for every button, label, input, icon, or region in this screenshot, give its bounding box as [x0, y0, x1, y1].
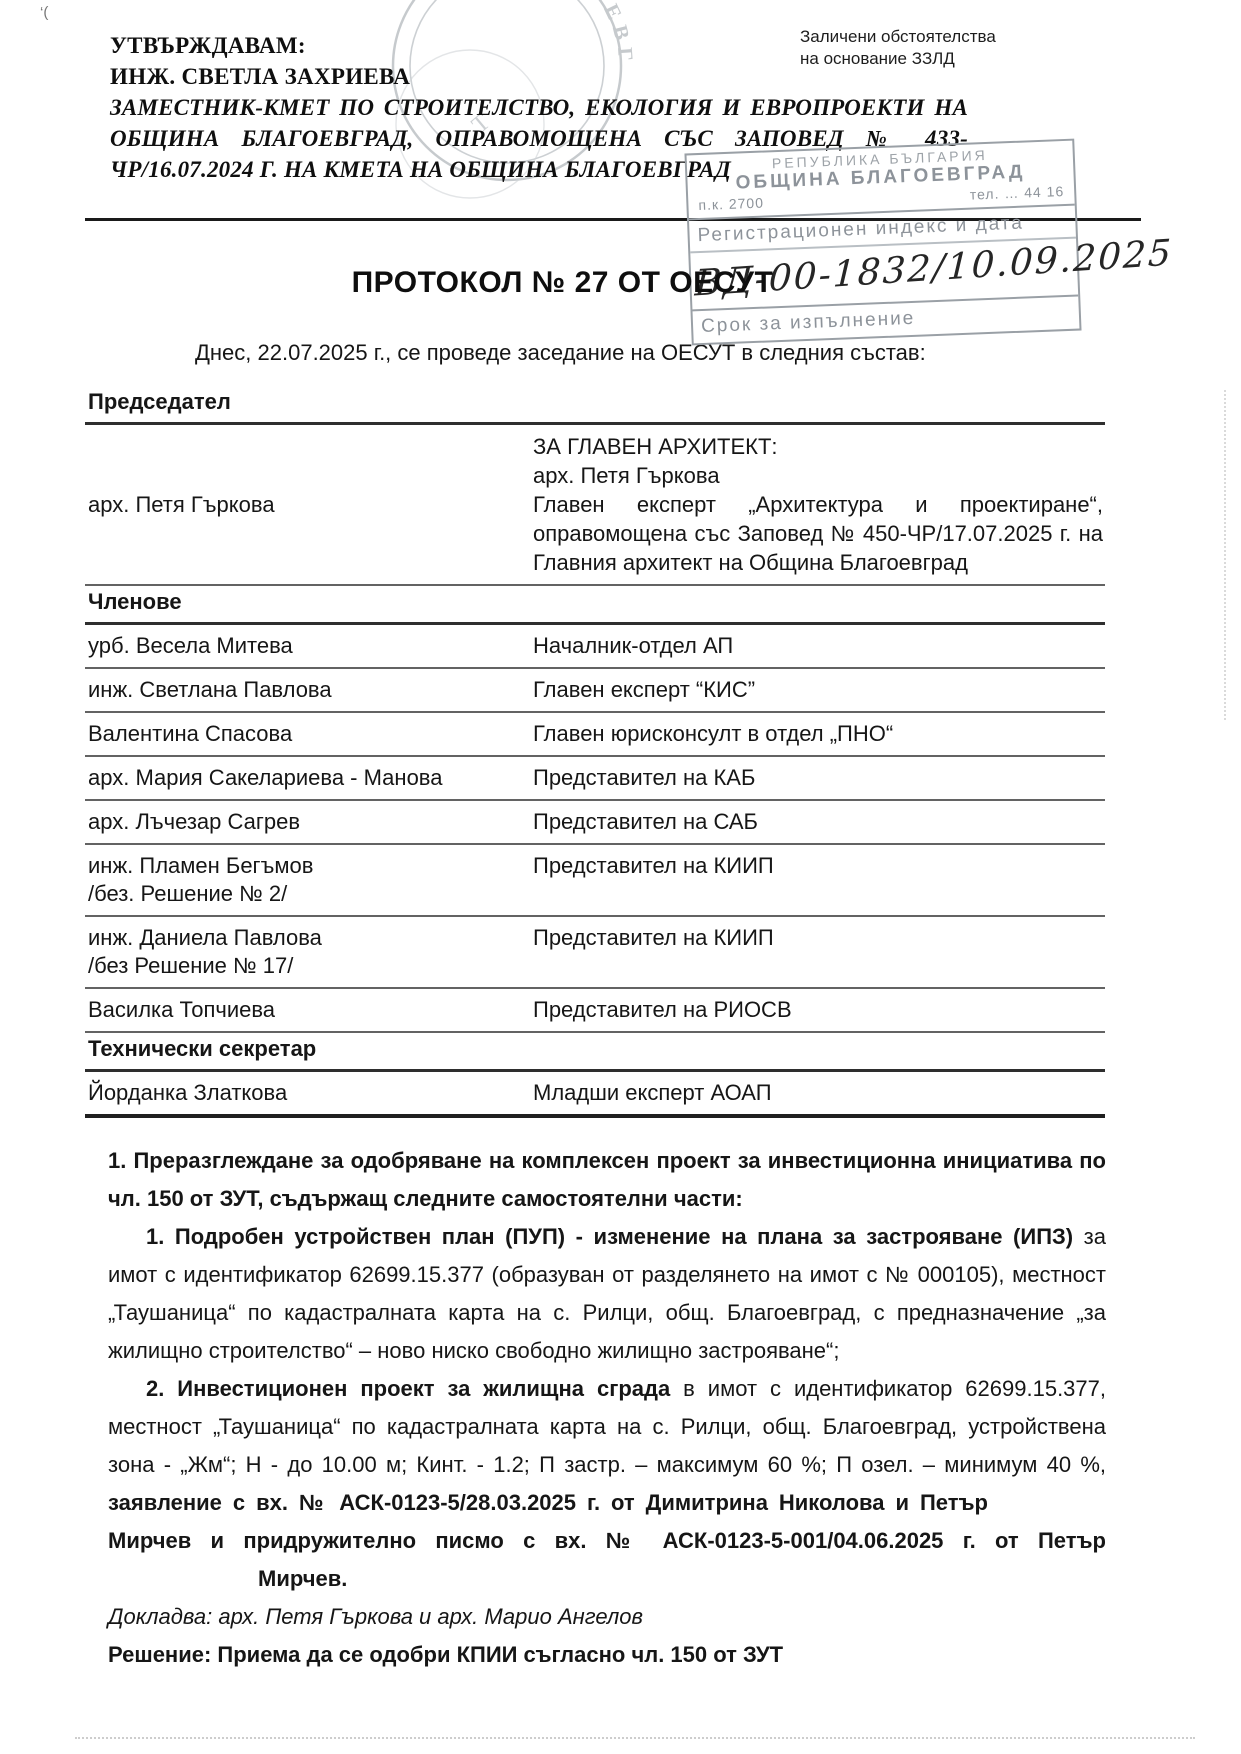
member-name: инж. Пламен Бегъмов /без. Решение № 2/ [85, 852, 533, 908]
secretary-name-line: Йорданка Златкова [88, 1079, 533, 1107]
member-name-note: /без Решение № 17/ [88, 952, 533, 980]
member-name: инж. Светлана Павлова [85, 676, 533, 704]
agenda-item-1-heading: 1. Преразглеждане за одобряване на компл… [108, 1142, 1106, 1218]
table-row-member: инж. Пламен Бегъмов /без. Решение № 2/ П… [85, 845, 1105, 917]
member-name: урб. Весела Митева [85, 632, 533, 660]
member-role: Представител на КИИП [533, 924, 1105, 980]
section-secretary: Технически секретар [85, 1033, 1105, 1072]
agenda-surname: Мирчев. [258, 1566, 347, 1591]
chairman-role-line: Главен експерт „Архитектура и проектиран… [533, 490, 1103, 577]
member-name-line: урб. Весела Митева [88, 632, 533, 660]
member-role: Представител на САБ [533, 808, 1105, 836]
member-name-line: инж. Пламен Бегъмов [88, 852, 533, 880]
member-name-line: инж. Даниела Павлова [88, 924, 533, 952]
privacy-note: Заличени обстоятелства на основание ЗЗЛД [800, 26, 996, 70]
scan-artifact-bottom-line [75, 1737, 1195, 1739]
member-role: Началник-отдел АП [533, 632, 1105, 660]
agenda-item-1-1: 1. Подробен устройствен план (ПУП) - изм… [108, 1218, 1106, 1370]
privacy-note-line: на основание ЗЗЛД [800, 48, 996, 70]
secretary-name: Йорданка Златкова [85, 1079, 533, 1107]
stamp-phone: тел. … 44 16 [969, 183, 1064, 203]
member-role: Представител на КИИП [533, 852, 1105, 908]
table-row-member: Василка Топчиева Представител на РИОСВ [85, 989, 1105, 1033]
agenda-item-1-2-lead: 2. Инвестиционен проект за жилищна сград… [146, 1376, 670, 1401]
page-title: ПРОТОКОЛ № 27 ОТ ОЕСУТ [85, 266, 1040, 300]
table-row-secretary: Йорданка Златкова Младши експерт АОАП [85, 1072, 1105, 1118]
member-name-line: арх. Мария Сакелариева - Манова [88, 764, 533, 792]
member-role: Представител на КАБ [533, 764, 1105, 792]
table-row-member: арх. Мария Сакелариева - Манова Представ… [85, 757, 1105, 801]
chairman-role-line: арх. Петя Гъркова [533, 461, 1103, 490]
member-name: инж. Даниела Павлова /без Решение № 17/ [85, 924, 533, 980]
agenda-letter-ref: Мирчев и придружително писмо с вх. № АСК… [108, 1528, 1106, 1553]
table-row-member: арх. Лъчезар Сагрев Представител на САБ [85, 801, 1105, 845]
agenda-application-ref: заявление с вх. № АСК-0123-5/28.03.2025 … [108, 1490, 988, 1515]
table-row-member: Валентина Спасова Главен юрисконсулт в о… [85, 713, 1105, 757]
scan-artifact-mark: ‘( [40, 4, 48, 21]
member-role: Главен експерт “КИС” [533, 676, 1105, 704]
agenda-item-1-1-lead: 1. Подробен устройствен план (ПУП) - изм… [146, 1224, 1073, 1249]
chairman-role: ЗА ГЛАВЕН АРХИТЕКТ: арх. Петя Гъркова Гл… [533, 432, 1105, 577]
member-name-line: инж. Светлана Павлова [88, 676, 533, 704]
table-row-chairman: арх. Петя Гъркова ЗА ГЛАВЕН АРХИТЕКТ: ар… [85, 425, 1105, 586]
agenda-body: 1. Преразглеждане за одобряване на компл… [108, 1142, 1106, 1674]
privacy-note-line: Заличени обстоятелства [800, 26, 996, 48]
reporter-line: Докладва: арх. Петя Гъркова и арх. Марио… [108, 1598, 1106, 1636]
scan-artifact-dots [1224, 390, 1226, 720]
member-role: Представител на РИОСВ [533, 996, 1105, 1024]
table-row-member: инж. Даниела Павлова /без Решение № 17/ … [85, 917, 1105, 989]
chairman-role-line: ЗА ГЛАВЕН АРХИТЕКТ: [533, 432, 1103, 461]
committee-table: Председател арх. Петя Гъркова ЗА ГЛАВЕН … [85, 386, 1105, 1118]
secretary-role: Младши експерт АОАП [533, 1079, 1105, 1107]
table-row-member: урб. Весела Митева Началник-отдел АП [85, 625, 1105, 669]
member-name: арх. Мария Сакелариева - Манова [85, 764, 533, 792]
member-name-line: Валентина Спасова [88, 720, 533, 748]
table-row-member: инж. Светлана Павлова Главен експерт “КИ… [85, 669, 1105, 713]
member-name: арх. Лъчезар Сагрев [85, 808, 533, 836]
member-name: Валентина Спасова [85, 720, 533, 748]
scanned-protocol-document: ‘( БЛАГОЕВГРАД Т УТВЪРЖДАВАМ: ИНЖ. СВЕТЛ… [0, 0, 1241, 1754]
intro-sentence: Днес, 22.07.2025 г., се проведе заседани… [108, 338, 1108, 368]
chairman-name: арх. Петя Гъркова [85, 491, 533, 519]
section-members: Членове [85, 586, 1105, 625]
stamp-postcode: п.к. 2700 [698, 195, 764, 214]
agenda-item-1-2: 2. Инвестиционен проект за жилищна сград… [108, 1370, 1106, 1598]
decision-line: Решение: Приема да се одобри КПИИ съглас… [108, 1636, 1106, 1674]
member-name-line: Василка Топчиева [88, 996, 533, 1024]
member-name-line: арх. Лъчезар Сагрев [88, 808, 533, 836]
member-name-note: /без. Решение № 2/ [88, 880, 533, 908]
registration-stamp: РЕПУБЛИКА БЪЛГАРИЯ ОБЩИНА БЛАГОЕВГРАД п.… [684, 139, 1081, 346]
section-chairman: Председател [85, 386, 1105, 425]
member-role: Главен юрисконсулт в отдел „ПНО“ [533, 720, 1105, 748]
member-name: Василка Топчиева [85, 996, 533, 1024]
